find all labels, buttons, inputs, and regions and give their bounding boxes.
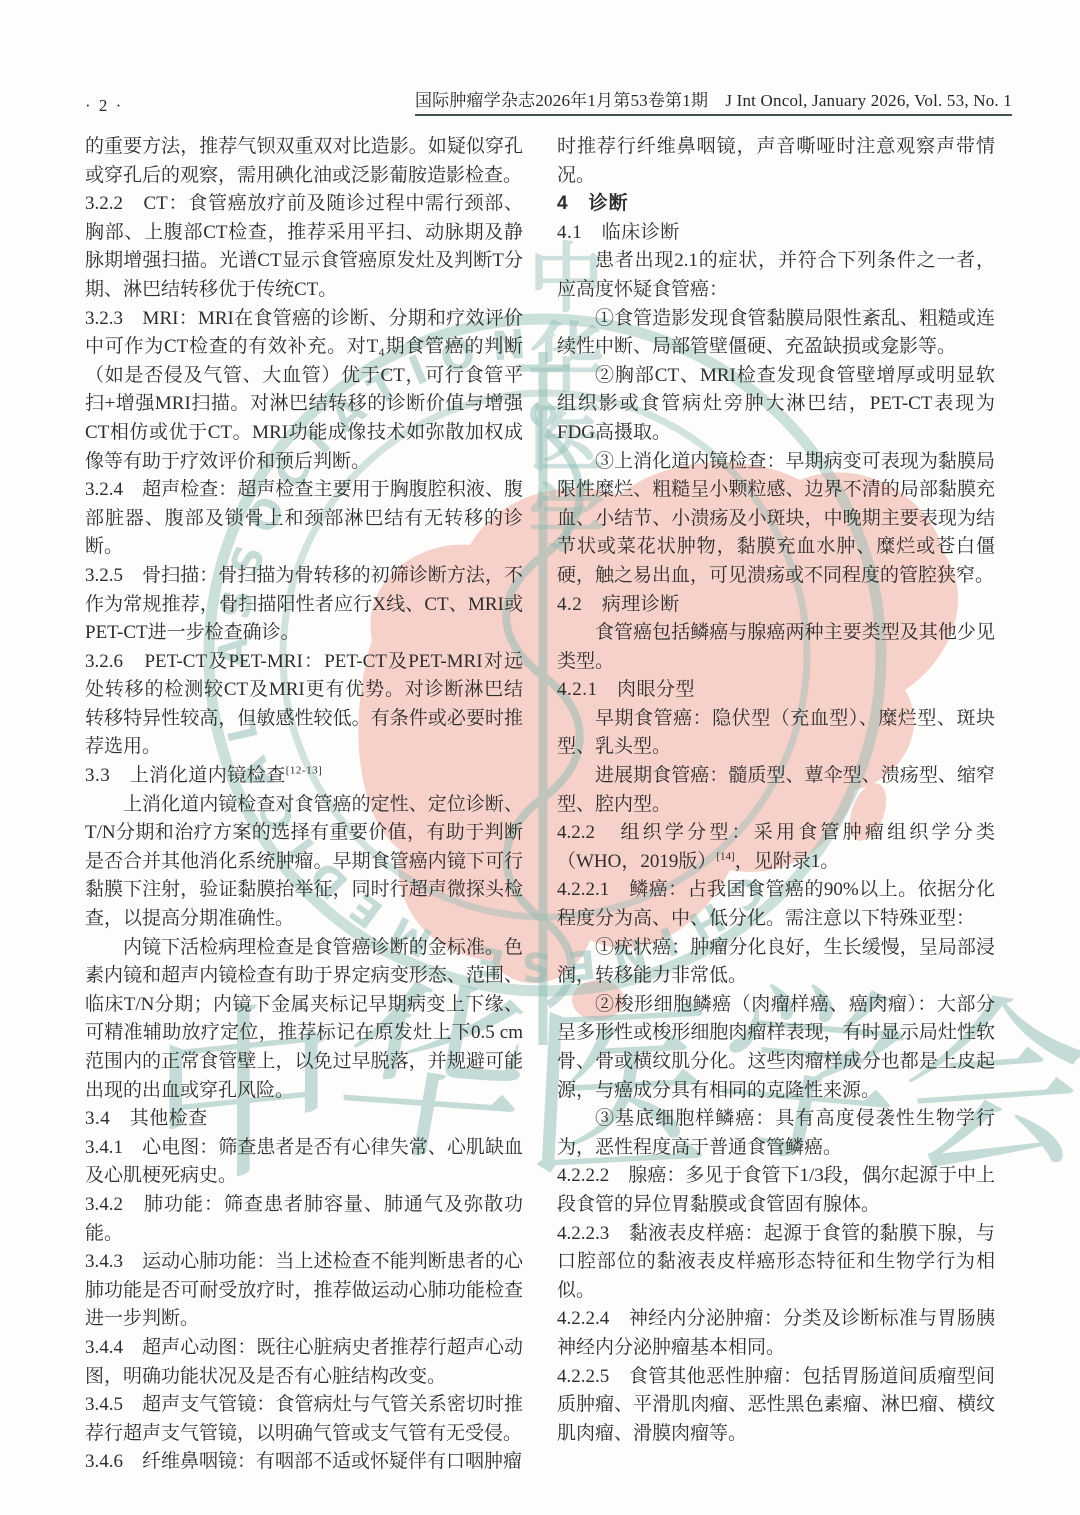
paragraph: 3.2.3 MRI：MRI在食管癌的诊断、分期和疗效评价中可作为CT检查的有效补…	[85, 305, 523, 477]
paragraph: 内镜下活检病理检查是食管癌诊断的金标准。色素内镜和超声内镜检查有助于界定病变形态…	[85, 934, 523, 1106]
right-column: 时推荐行纤维鼻咽镜，声音嘶哑时注意观察声带情况。4 诊断4.1 临床诊断患者出现…	[557, 133, 995, 1448]
paragraph: 患者出现2.1的症状，并符合下列条件之一者，应高度怀疑食管癌：	[557, 247, 995, 304]
journal-page: CHINESE MEDICAL ASSOCIATION 中华医学 中华医学会 ·…	[0, 0, 1080, 1515]
paragraph: 4.2.2.1 鳞癌：占我国食管癌的90%以上。依据分化程度分为高、中、低分化。…	[557, 876, 995, 933]
subsection-heading: 4.2.1 肉眼分型	[557, 676, 995, 705]
journal-header-info: 国际肿瘤学杂志2026年1月第53卷第1期 J Int Oncol, Janua…	[415, 86, 1012, 116]
paragraph: 4.2.2.2 腺癌：多见于食管下1/3段，偶尔起源于中上段食管的异位胃黏膜或食…	[557, 1162, 995, 1219]
paragraph: 食管癌包括鳞癌与腺癌两种主要类型及其他少见类型。	[557, 619, 995, 676]
page-number: · 2 ·	[85, 96, 123, 116]
paragraph: 3.4.3 运动心肺功能：当上述检查不能判断患者的心肺功能是否可耐受放疗时，推荐…	[85, 1248, 523, 1334]
paragraph: ②胸部CT、MRI检查发现食管壁增厚或明显软组织影或食管病灶旁肿大淋巴结，PET…	[557, 362, 995, 448]
paragraph: ③上消化道内镜检查：早期病变可表现为黏膜局限性糜烂、粗糙呈小颗粒感、边界不清的局…	[557, 448, 995, 591]
paragraph: ②梭形细胞鳞癌（肉瘤样癌、癌肉瘤）：大部分呈多形性或梭形细胞肉瘤样表现，有时显示…	[557, 991, 995, 1105]
reference-superscript: [14]	[716, 851, 734, 863]
page-header: · 2 · 国际肿瘤学杂志2026年1月第53卷第1期 J Int Oncol,…	[85, 86, 1012, 116]
paragraph: 的重要方法，推荐气钡双重双对比造影。如疑似穿孔或穿孔后的观察，需用碘化油或泛影葡…	[85, 133, 523, 190]
paragraph: 3.2.2 CT：食管癌放疗前及随诊过程中需行颈部、胸部、上腹部CT检查，推荐采…	[85, 190, 523, 304]
paragraph: 上消化道内镜检查对食管癌的定性、定位诊断、T/N分期和治疗方案的选择有重要价值，…	[85, 791, 523, 934]
paragraph: 3.4.6 纤维鼻咽镜：有咽部不适或怀疑伴有口咽肿瘤	[85, 1448, 523, 1477]
paragraph: ①疣状癌：肿瘤分化良好，生长缓慢，呈局部浸润，转移能力非常低。	[557, 934, 995, 991]
paragraph: 4.2.2.5 食管其他恶性肿瘤：包括胃肠道间质瘤型间质肿瘤、平滑肌肉瘤、恶性黑…	[557, 1363, 995, 1449]
paragraph: 进展期食管癌：髓质型、蕈伞型、溃疡型、缩窄型、腔内型。	[557, 762, 995, 819]
left-column: 的重要方法，推荐气钡双重双对比造影。如疑似穿孔或穿孔后的观察，需用碘化油或泛影葡…	[85, 133, 523, 1477]
paragraph: 3.4.2 肺功能：筛查患者肺容量、肺通气及弥散功能。	[85, 1191, 523, 1248]
subsection-heading: 4.1 临床诊断	[557, 219, 995, 248]
paragraph: 3.4.1 心电图：筛查患者是否有心律失常、心肌缺血及心肌梗死病史。	[85, 1134, 523, 1191]
paragraph: ①食管造影发现食管黏膜局限性紊乱、粗糙或连续性中断、局部管壁僵硬、充盈缺损或龛影…	[557, 305, 995, 362]
paragraph: 3.4.5 超声支气管镜：食管病灶与气管关系密切时推荐行超声支气管镜，以明确气管…	[85, 1391, 523, 1448]
reference-superscript: [12-13]	[286, 765, 323, 777]
subsection-heading: 3.4 其他检查	[85, 1105, 523, 1134]
paragraph: 3.2.6 PET-CT及PET-MRI：PET-CT及PET-MRI对远处转移…	[85, 648, 523, 762]
paragraph: 时推荐行纤维鼻咽镜，声音嘶哑时注意观察声带情况。	[557, 133, 995, 190]
paragraph: 3.2.4 超声检查：超声检查主要用于胸腹腔积液、腹部脏器、腹部及锁骨上和颈部淋…	[85, 476, 523, 562]
section-heading: 4 诊断	[557, 190, 995, 219]
paragraph: ③基底细胞样鳞癌：具有高度侵袭性生物学行为，恶性程度高于普通食管鳞癌。	[557, 1105, 995, 1162]
paragraph: 3.2.5 骨扫描：骨扫描为骨转移的初筛诊断方法，不作为常规推荐，骨扫描阳性者应…	[85, 562, 523, 648]
paragraph: 3.4.4 超声心动图：既往心脏病史者推荐行超声心动图，明确功能状况及是否有心脏…	[85, 1334, 523, 1391]
paragraph: 4.2.2.4 神经内分泌肿瘤：分类及诊断标准与胃肠胰神经内分泌肿瘤基本相同。	[557, 1305, 995, 1362]
paragraph: 4.2.2.3 黏液表皮样癌：起源于食管的黏膜下腺，与口腔部位的黏液表皮样癌形态…	[557, 1220, 995, 1306]
subsection-heading: 4.2 病理诊断	[557, 591, 995, 620]
paragraph: 4.2.2 组织学分型：采用食管肿瘤组织学分类（WHO，2019版）[14]，见…	[557, 819, 995, 876]
subsection-heading: 3.3 上消化道内镜检查[12-13]	[85, 762, 523, 791]
paragraph: 早期食管癌：隐伏型（充血型）、糜烂型、斑块型、乳头型。	[557, 705, 995, 762]
